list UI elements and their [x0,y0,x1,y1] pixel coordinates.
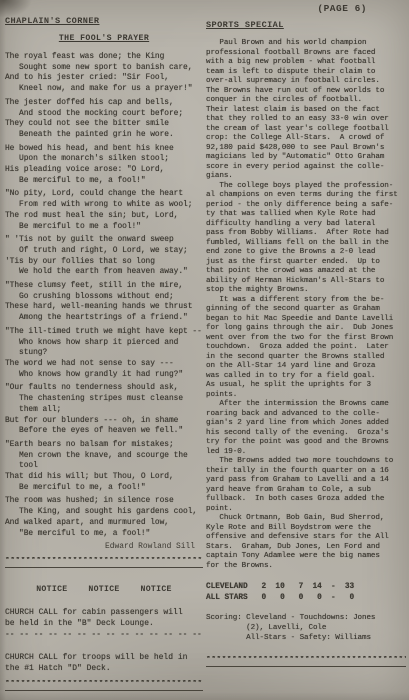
article-paragraph: The college boys played the profession- … [206,182,406,296]
page-number-label: (PAGE 6) [317,3,367,14]
poem-stanza: The royal feast was done; the King Sough… [5,52,203,95]
poem-stanza: The room was hushed; in silence rose The… [5,496,203,539]
poem-stanza: "Our faults no tenderness should ask, Th… [5,383,203,437]
poem-title: THE FOOL'S PRAYER [5,34,203,43]
sports-special-heading: SPORTS SPECIAL [206,20,406,30]
newsletter-page: (PAGE 6) CHAPLAIN'S CORNER THE FOOL'S PR… [0,0,409,700]
scoring-summary: Scoring: Cleveland - Touchdowns: Jones (… [206,614,406,643]
poem-stanza: "Earth bears no balsam for mistakes; Men… [5,440,203,494]
article-paragraph: It was a different story from the be- gi… [206,296,406,401]
church-call-notice-cabin: CHURCH CALL for cabin passengers will be… [5,607,203,629]
article-paragraph: Paul Brown and his world champion profes… [206,39,406,182]
asterisk-separator: ************************************** [5,680,203,691]
asterisk-separator: **************************************** [206,656,406,667]
score-row-all-stars: ALL STARS 0 0 0 0 - 0 [206,593,406,604]
church-call-notice-troops: CHURCH CALL for troops will be held in t… [5,652,203,674]
poem-stanza: "No pity, Lord, could change the heart F… [5,189,203,232]
poem-stanza: He bowed his head, and bent his knee Upo… [5,144,203,187]
asterisk-separator: ************************************** [5,557,203,568]
dash-separator: -- -- -- -- -- -- -- -- -- -- -- -- -- -… [5,630,203,639]
article-paragraph: After the intermission the Browns came r… [206,400,406,457]
poem-stanza: "These clumsy feet, still in the mire, G… [5,281,203,324]
notice-heading: NOTICE NOTICE NOTICE [5,585,203,594]
chaplains-corner-heading: CHAPLAIN'S CORNER [5,16,203,26]
poem-stanza: " 'Tis not by guilt the onward sweep Of … [5,235,203,278]
poem-stanza: "The ill-timed truth we might have kept … [5,327,203,381]
score-table: CLEVELAND 2 10 7 14 - 33 ALL STARS 0 0 0… [206,582,406,604]
article-paragraph: Chuck Ortmann, Bob Gain, Bud Sherrod, Ky… [206,514,406,571]
score-row-cleveland: CLEVELAND 2 10 7 14 - 33 [206,582,406,593]
poem-author: Edward Rowland Sill [5,542,203,551]
sports-special-column: SPORTS SPECIAL Paul Brown and his world … [206,20,406,667]
chaplains-corner-column: CHAPLAIN'S CORNER THE FOOL'S PRAYER The … [5,16,203,691]
article-paragraph: The Browns added two more touchdowns to … [206,457,406,514]
poem-stanza: The jester doffed his cap and bells, And… [5,98,203,141]
